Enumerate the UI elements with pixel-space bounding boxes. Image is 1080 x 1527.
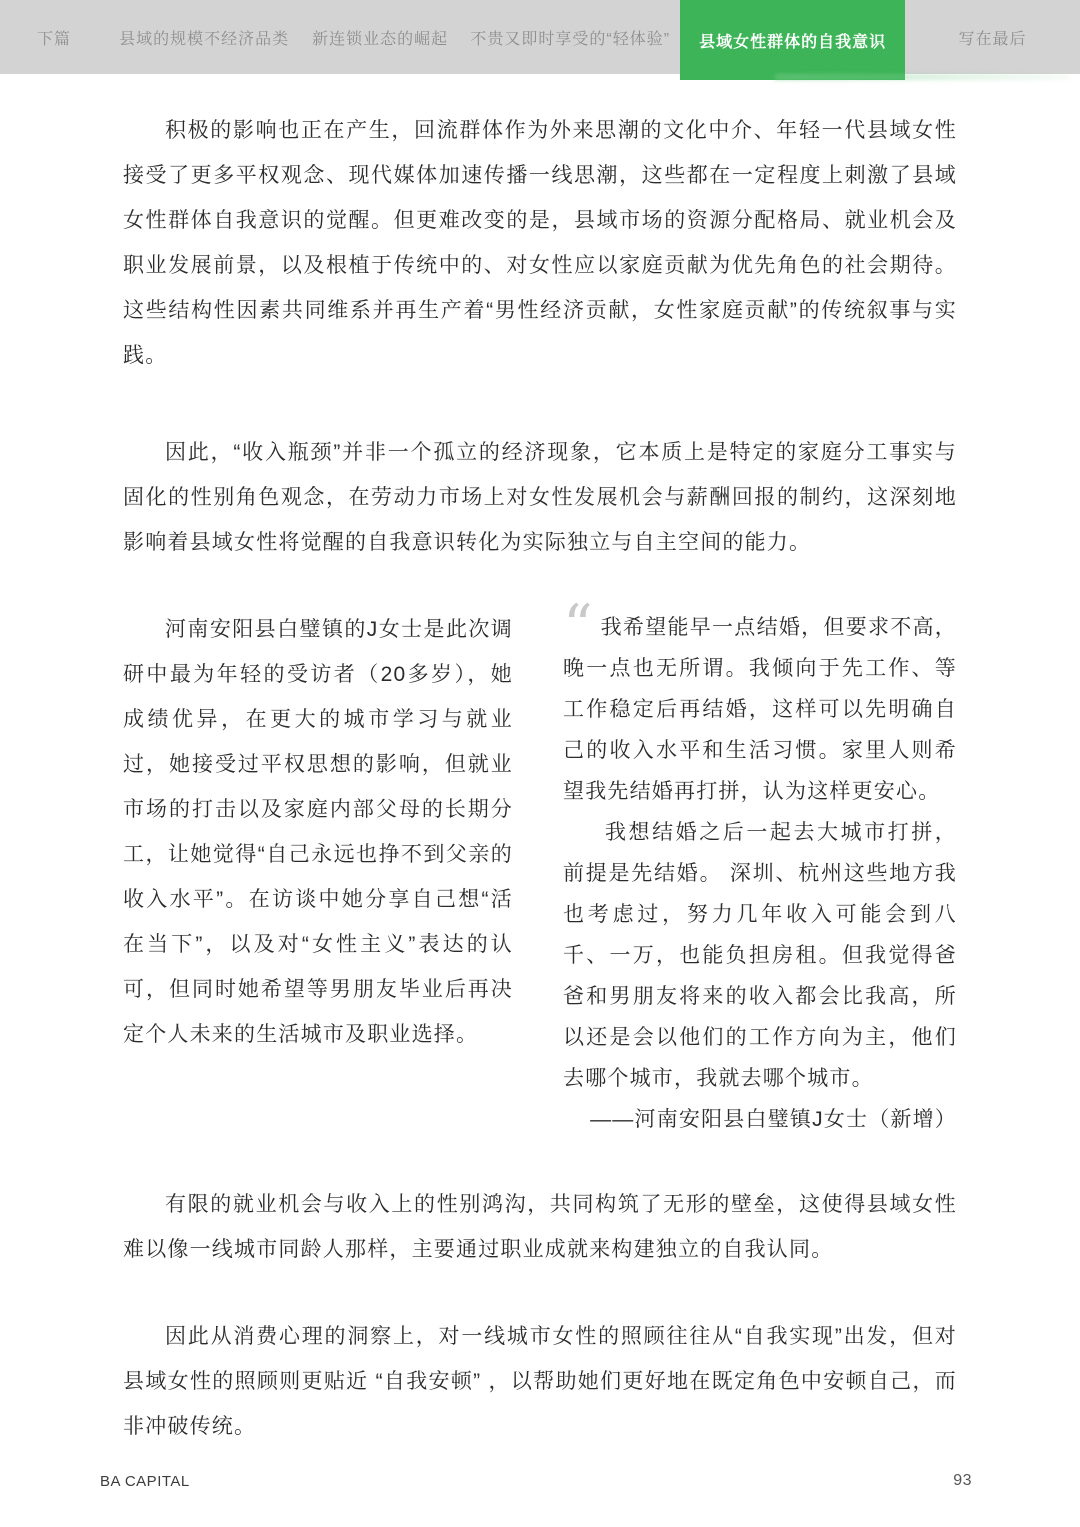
- paragraph-employment-gap: 有限的就业机会与收入上的性别鸿沟，共同构筑了无形的壁垒，这使得县域女性难以像一线…: [123, 1182, 957, 1272]
- case-study-narrative: 河南安阳县白璧镇的J女士是此次调研中最为年轻的受访者（20多岁），她成绩优异，在…: [123, 607, 513, 1140]
- quote-text-1: 我希望能早一点结婚，但要求不高，晚一点也无所谓。我倾向于先工作、等工作稳定后再结…: [563, 616, 957, 803]
- tab-new-chain-business[interactable]: 新连锁业态的崛起: [300, 0, 460, 74]
- tab-label: 县域的规模不经济品类: [119, 26, 289, 49]
- tab-county-women-self-awareness[interactable]: 县域女性群体的自我意识: [680, 0, 905, 80]
- case-study-section: 河南安阳县白璧镇的J女士是此次调研中最为年轻的受访者（20多岁），她成绩优异，在…: [123, 607, 957, 1140]
- tab-xia-pian[interactable]: 下篇: [0, 0, 108, 74]
- paragraph-consumer-insight: 因此从消费心理的洞察上，对一线城市女性的照顾往往从“自我实现”出发，但对县域女性…: [123, 1314, 957, 1449]
- tab-label: 不贵又即时享受的“轻体验”: [470, 26, 670, 49]
- tab-label: 写在最后: [958, 26, 1026, 49]
- quote-paragraph-1: “我希望能早一点结婚，但要求不高，晚一点也无所谓。我倾向于先工作、等工作稳定后再…: [563, 607, 957, 812]
- quote-attribution: ——河南安阳县白璧镇J女士（新增）: [563, 1099, 957, 1140]
- page-number: 93: [953, 1472, 972, 1490]
- tab-label: 新连锁业态的崛起: [312, 26, 448, 49]
- interview-quote-block: “我希望能早一点结婚，但要求不高，晚一点也无所谓。我倾向于先工作、等工作稳定后再…: [563, 607, 957, 1140]
- quote-paragraph-2: 我想结婚之后一起去大城市打拼，前提是先结婚。 深圳、杭州这些地方我也考虑过，努力…: [563, 812, 957, 1099]
- tab-afterword[interactable]: 写在最后: [905, 0, 1080, 74]
- tab-scale-diseconomy[interactable]: 县域的规模不经济品类: [108, 0, 300, 74]
- paragraph-income-bottleneck: 因此，“收入瓶颈”并非一个孤立的经济现象，它本质上是特定的家庭分工事实与固化的性…: [123, 430, 957, 565]
- brand-label: BA CAPITAL: [100, 1473, 190, 1490]
- paragraph-positive-influence: 积极的影响也正在产生，回流群体作为外来思潮的文化中介、年轻一代县域女性接受了更多…: [123, 108, 957, 378]
- tab-label: 下篇: [37, 26, 71, 49]
- page-footer: BA CAPITAL 93: [100, 1472, 972, 1490]
- tab-light-experience[interactable]: 不贵又即时享受的“轻体验”: [460, 0, 680, 74]
- tab-label: 县域女性群体的自我意识: [699, 29, 886, 52]
- top-tab-bar: 下篇 县域的规模不经济品类 新连锁业态的崛起 不贵又即时享受的“轻体验” 县域女…: [0, 0, 1080, 74]
- case-study-text: 河南安阳县白璧镇的J女士是此次调研中最为年轻的受访者（20多岁），她成绩优异，在…: [123, 607, 513, 1057]
- quote-mark-icon: “: [563, 607, 593, 641]
- page-body: 积极的影响也正在产生，回流群体作为外来思潮的文化中介、年轻一代县域女性接受了更多…: [0, 74, 1080, 1449]
